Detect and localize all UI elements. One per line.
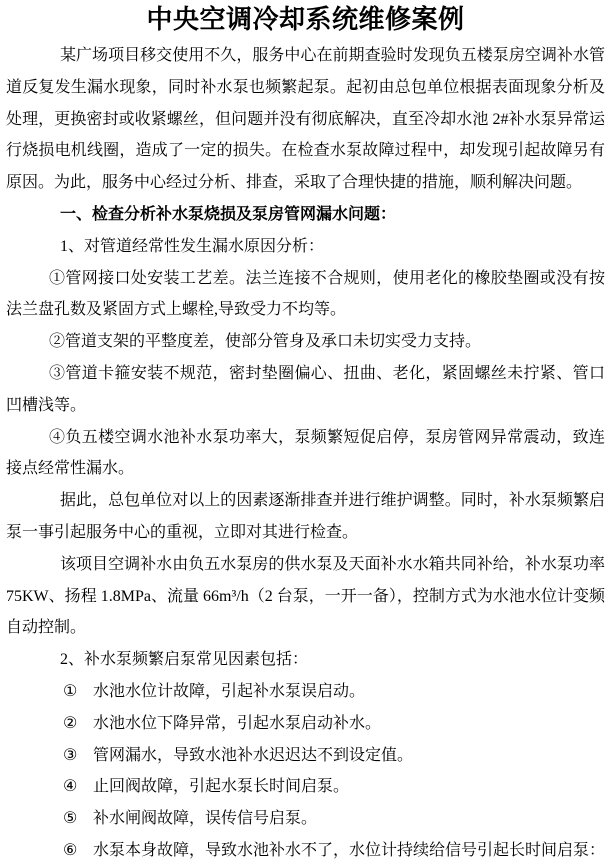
list-item-text: 水池水位计故障，引起补水泵误启动。 bbox=[93, 676, 605, 708]
document-page: 中央空调冷却系统维修案例 某广场项目移交使用不久，服务中心在前期查验时发现负五楼… bbox=[0, 0, 613, 861]
list-item: ① 水池水位计故障，引起补水泵误启动。 bbox=[6, 676, 605, 708]
list-item-text: 补水闸阀故障，误传信号启泵。 bbox=[93, 803, 605, 835]
list-item-text: 水池水位下降异常，引起水泵启动补水。 bbox=[93, 708, 605, 740]
list-item: ③ 管网漏水，导致水池补水迟迟达不到设定值。 bbox=[6, 740, 605, 772]
list-item-number: ⑥ bbox=[63, 835, 93, 861]
list-item-text: 水泵本身故障，导致水池补水不了，水位计持续给信号引起长时间启泵： bbox=[93, 835, 605, 861]
list-item-number: ② bbox=[63, 708, 93, 740]
subsection-heading-1: 1、对管道经常性发生漏水原因分析： bbox=[6, 231, 605, 263]
subsection-heading-2: 2、补水泵频繁启泵常见因素包括： bbox=[6, 644, 605, 676]
list-item: ④ 止回阀故障，引起水泵长时间启泵。 bbox=[6, 771, 605, 803]
cause-paragraph-1: ①管网接口处安装工艺差。法兰连接不合规则，使用老化的橡胶垫圈或没有按法兰盘孔数及… bbox=[6, 263, 605, 327]
section-heading: 一、检查分析补水泵烧损及泵房管网漏水问题： bbox=[6, 199, 605, 231]
followup-paragraph: 据此，总包单位对以上的因素逐渐排查并进行维护调整。同时，补水泵频繁启泵一事引起服… bbox=[6, 485, 605, 549]
list-item: ⑤ 补水闸阀故障，误传信号启泵。 bbox=[6, 803, 605, 835]
list-item-number: ⑤ bbox=[63, 803, 93, 835]
document-title: 中央空调冷却系统维修案例 bbox=[6, 0, 605, 40]
list-item-number: ③ bbox=[63, 740, 93, 772]
cause-paragraph-4: ④负五楼空调水池补水泵功率大，泵频繁短促启停，泵房管网异常震动，致连接点经常性漏… bbox=[6, 422, 605, 486]
document-title-text: 中央空调冷却系统维修案例 bbox=[146, 5, 464, 34]
cause-paragraph-3: ③管道卡箍安装不规范，密封垫圈偏心、扭曲、老化，紧固螺丝未拧紧、管口凹槽浅等。 bbox=[6, 358, 605, 422]
list-item: ② 水池水位下降异常，引起水泵启动补水。 bbox=[6, 708, 605, 740]
list-item-text: 止回阀故障，引起水泵长时间启泵。 bbox=[93, 771, 605, 803]
list-item-number: ④ bbox=[63, 771, 93, 803]
list-item-text: 管网漏水，导致水池补水迟迟达不到设定值。 bbox=[93, 740, 605, 772]
list-item-number: ① bbox=[63, 676, 93, 708]
pump-specs-paragraph: 该项目空调补水由负五水泵房的供水泵及天面补水水箱共同补给，补水泵功率 75KW、… bbox=[6, 549, 605, 644]
list-item: ⑥ 水泵本身故障，导致水池补水不了，水位计持续给信号引起长时间启泵： bbox=[6, 835, 605, 861]
cause-paragraph-2: ②管道支架的平整度差，使部分管身及承口未切实受力支持。 bbox=[6, 326, 605, 358]
intro-paragraph: 某广场项目移交使用不久，服务中心在前期查验时发现负五楼泵房空调补水管道反复发生漏… bbox=[6, 40, 605, 199]
